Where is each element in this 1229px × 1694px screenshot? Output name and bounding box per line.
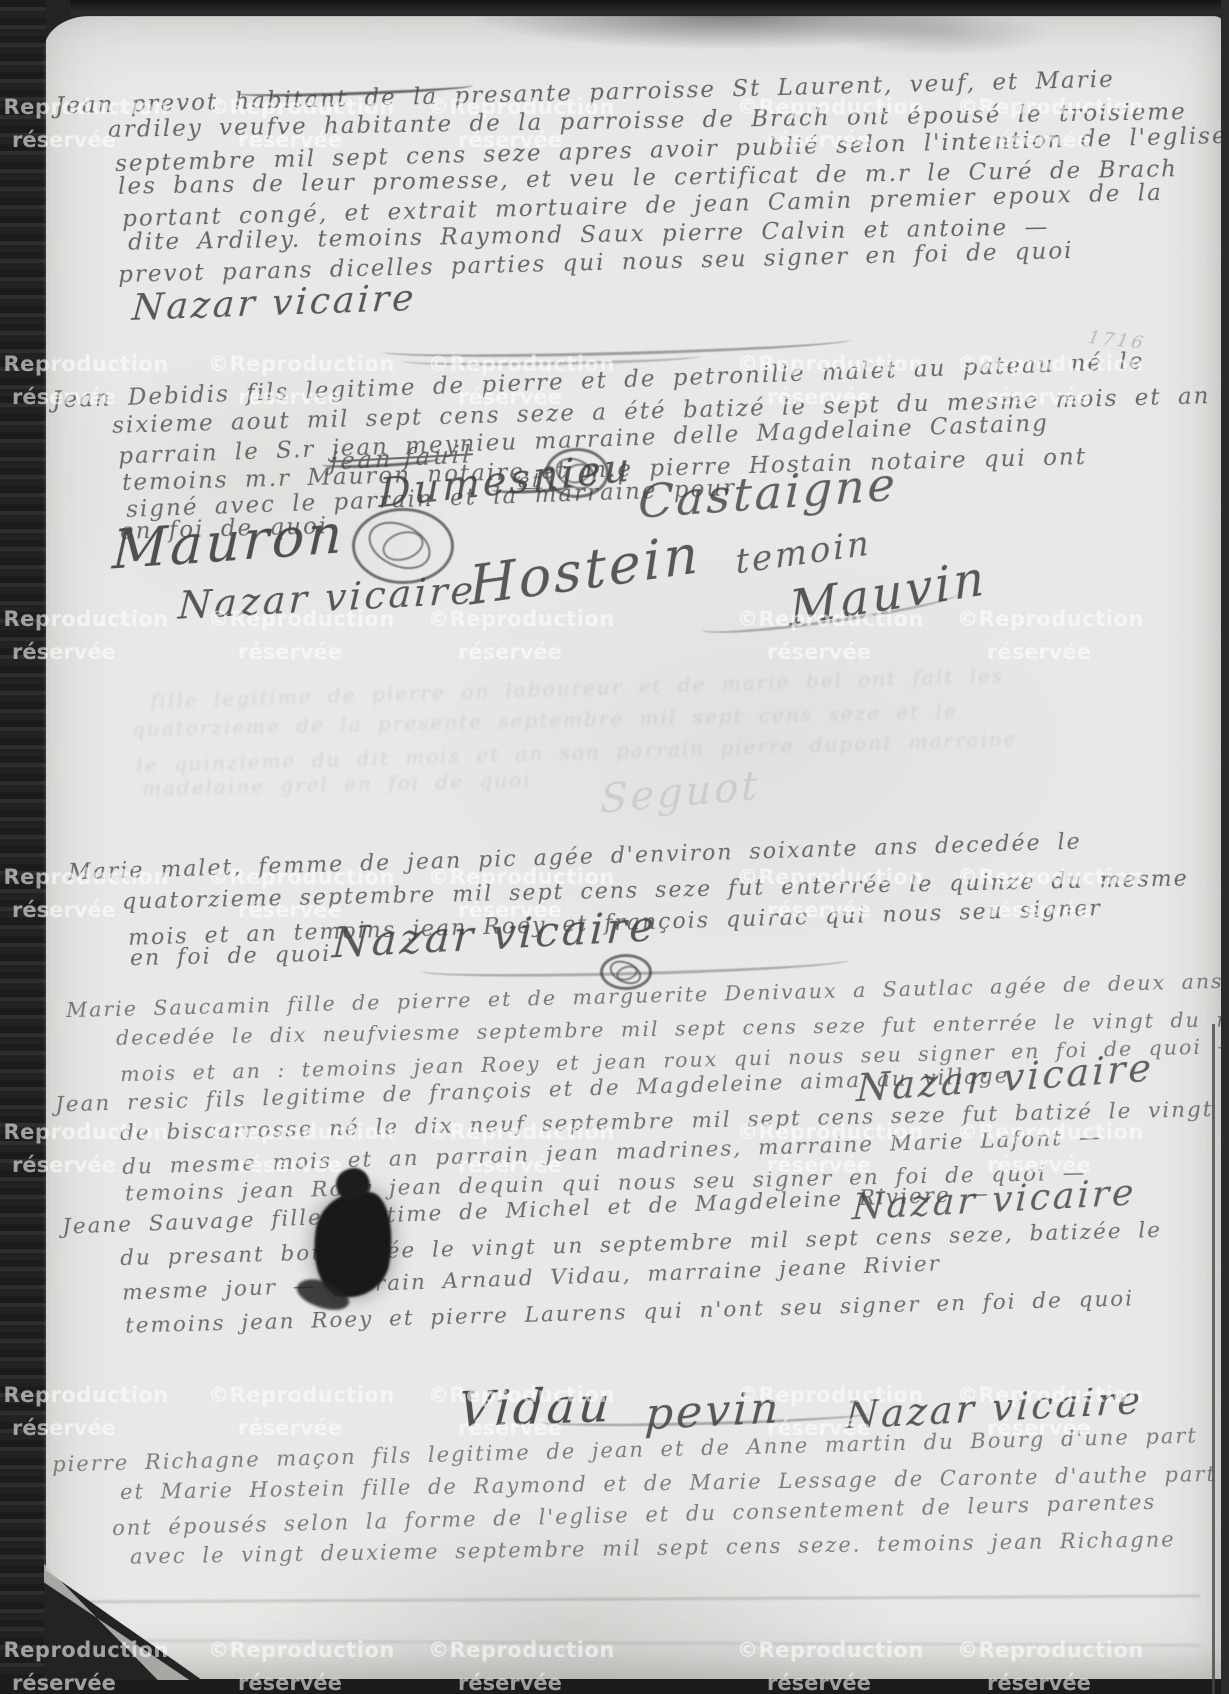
- signature-scribble-knot: [352, 508, 454, 584]
- scan-edge-right: [1221, 0, 1229, 1694]
- scanned-register-page: Jean prevot habitant de la presante parr…: [0, 0, 1229, 1694]
- signature-sig-vidau: Vidau: [456, 1377, 614, 1439]
- signature-scribble-knot: [600, 954, 652, 990]
- scan-edge-top: [70, 0, 1229, 17]
- scan-edge-left: [0, 0, 46, 1694]
- page-edge-line: [1212, 1024, 1215, 1694]
- manuscript-line: en foi de quoi: [130, 942, 332, 971]
- scan-edge-bottom: [0, 1679, 1229, 1694]
